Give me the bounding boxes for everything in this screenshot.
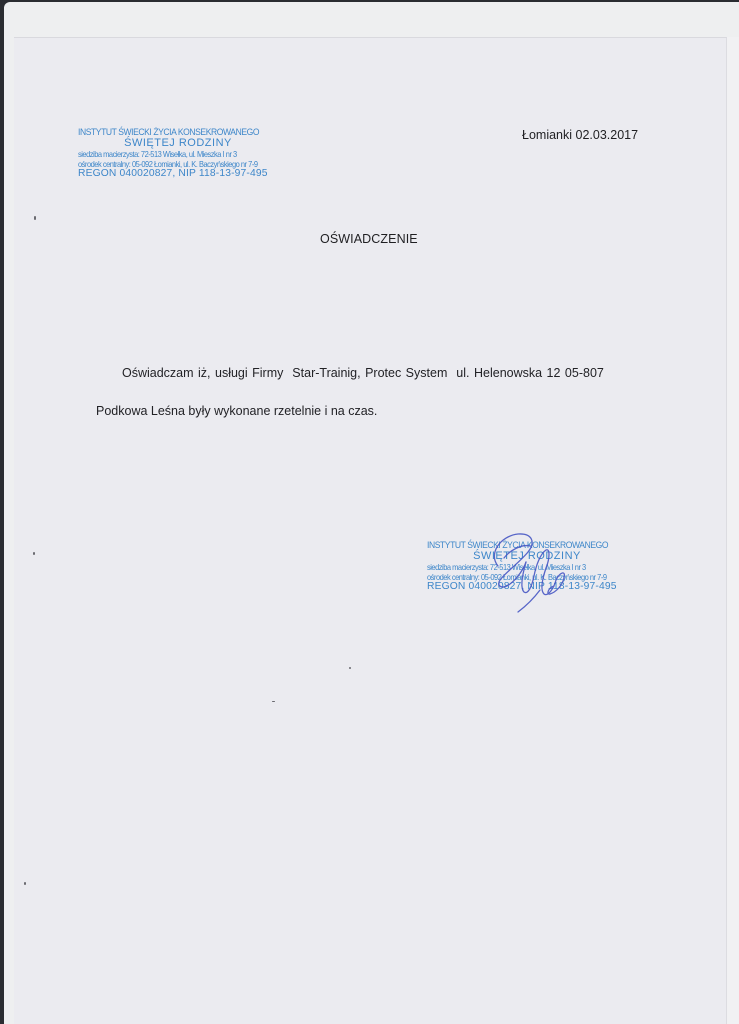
statement-line-1: Oświadczam iż, usługi Firmy Star-Trainig…: [122, 366, 604, 380]
stamp-institution-subtitle: ŚWIĘTEJ RODZINY: [427, 551, 627, 562]
stamp-regon-nip: REGON 040020827, NIP 118-13-97-495: [78, 169, 278, 179]
stamp-institution-name: INSTYTUT ŚWIECKI ŻYCIA KONSEKROWANEGO: [427, 541, 613, 550]
stamp-institution-subtitle: ŚWIĘTEJ RODZINY: [78, 138, 278, 149]
stamp-regon-nip: REGON 040020827, NIP 118-13-97-495: [427, 582, 627, 592]
place-and-date: Łomianki 02.03.2017: [522, 128, 638, 142]
document-page: [14, 37, 727, 1024]
scan-speck: [349, 667, 351, 669]
stamp-institution-name: INSTYTUT ŚWIECKI ŻYCIA KONSEKROWANEGO: [78, 128, 264, 137]
institution-stamp-header: INSTYTUT ŚWIECKI ŻYCIA KONSEKROWANEGO ŚW…: [78, 128, 278, 180]
scan-speck: [24, 882, 26, 885]
document-title: OŚWIADCZENIE: [320, 232, 418, 246]
stamp-central-address: ośrodek centralny: 05-092 Łomianki, ul. …: [427, 573, 603, 582]
scan-speck: [34, 216, 36, 220]
stamp-main-address: siedziba macierzysta: 72-513 Wisełka, ul…: [427, 563, 603, 572]
stamp-main-address: siedziba macierzysta: 72-513 Wisełka, ul…: [78, 150, 254, 159]
page-edge: [727, 37, 739, 1024]
institution-stamp-signature: INSTYTUT ŚWIECKI ŻYCIA KONSEKROWANEGO ŚW…: [427, 541, 627, 593]
scan-speck: [272, 701, 275, 702]
stamp-central-address: ośrodek centralny: 05-092 Łomianki, ul. …: [78, 160, 254, 169]
scan-speck: [33, 552, 35, 555]
statement-line-2: Podkowa Leśna były wykonane rzetelnie i …: [96, 404, 377, 418]
